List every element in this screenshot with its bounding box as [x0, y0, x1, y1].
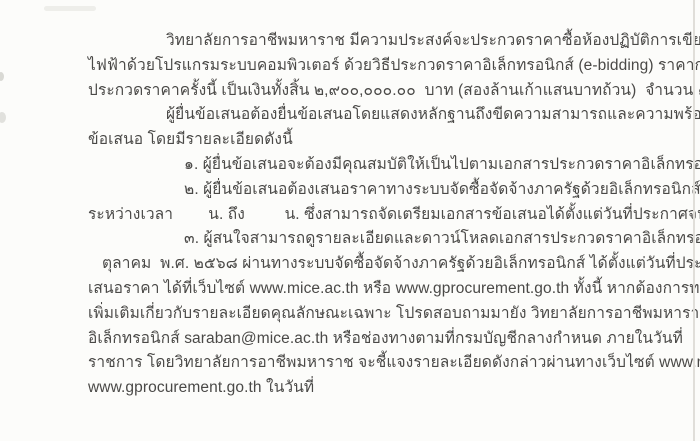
text-line: เสนอราคา ได้ที่เว็บไซต์ www.mice.ac.th ห… [88, 277, 663, 302]
text-line: ไฟฟ้าด้วยโปรแกรมระบบคอมพิวเตอร์ ด้วยวิธี… [88, 54, 663, 79]
scanned-document-page: วิทยาลัยการอาชีพมหาราช มีความประสงค์จะปร… [0, 0, 700, 441]
text-line: เพิ่มเติมเกี่ยวกับรายละเอียดคุณลักษณะเฉพ… [88, 302, 663, 327]
text-line: ๒. ผู้ยื่นข้อเสนอต้องเสนอราคาทางระบบจัดซ… [88, 178, 663, 203]
scan-speck [0, 112, 6, 123]
text-line: ๑. ผู้ยื่นข้อเสนอจะต้องมีคุณสมบัติให้เป็… [88, 153, 663, 178]
text-line: ข้อเสนอ โดยมีรายละเอียดดังนี้ [88, 128, 663, 153]
text-line: อิเล็กทรอนิกส์ saraban@mice.ac.th หรือช่… [88, 327, 663, 352]
text-line: ราชการ โดยวิทยาลัยการอาชีพมหาราช จะชี้แจ… [88, 351, 663, 376]
text-line: ระหว่างเวลา น. ถึง น. ซึ่งสามารถจัดเตรีย… [88, 203, 663, 228]
text-line: ตุลาคม พ.ศ. ๒๕๖๘ ผ่านทางระบบจัดซื้อจัดจ้… [88, 252, 663, 277]
text-line: ๓. ผู้สนใจสามารถดูรายละเอียดและดาวน์โหลด… [88, 227, 663, 252]
document-text-block: วิทยาลัยการอาชีพมหาราช มีความประสงค์จะปร… [88, 29, 663, 401]
text-line: ผู้ยื่นข้อเสนอต้องยื่นข้อเสนอโดยแสดงหลัก… [88, 103, 663, 128]
scan-edge-artifact-line [693, 0, 695, 441]
scan-speck [0, 72, 4, 81]
text-line: www.gprocurement.go.th ในวันที่ [88, 376, 663, 401]
text-line: ประกวดราคาครั้งนี้ เป็นเงินทั้งสิ้น ๒,๙๐… [88, 79, 663, 104]
scan-smudge [44, 6, 96, 11]
text-line: วิทยาลัยการอาชีพมหาราช มีความประสงค์จะปร… [88, 29, 663, 54]
